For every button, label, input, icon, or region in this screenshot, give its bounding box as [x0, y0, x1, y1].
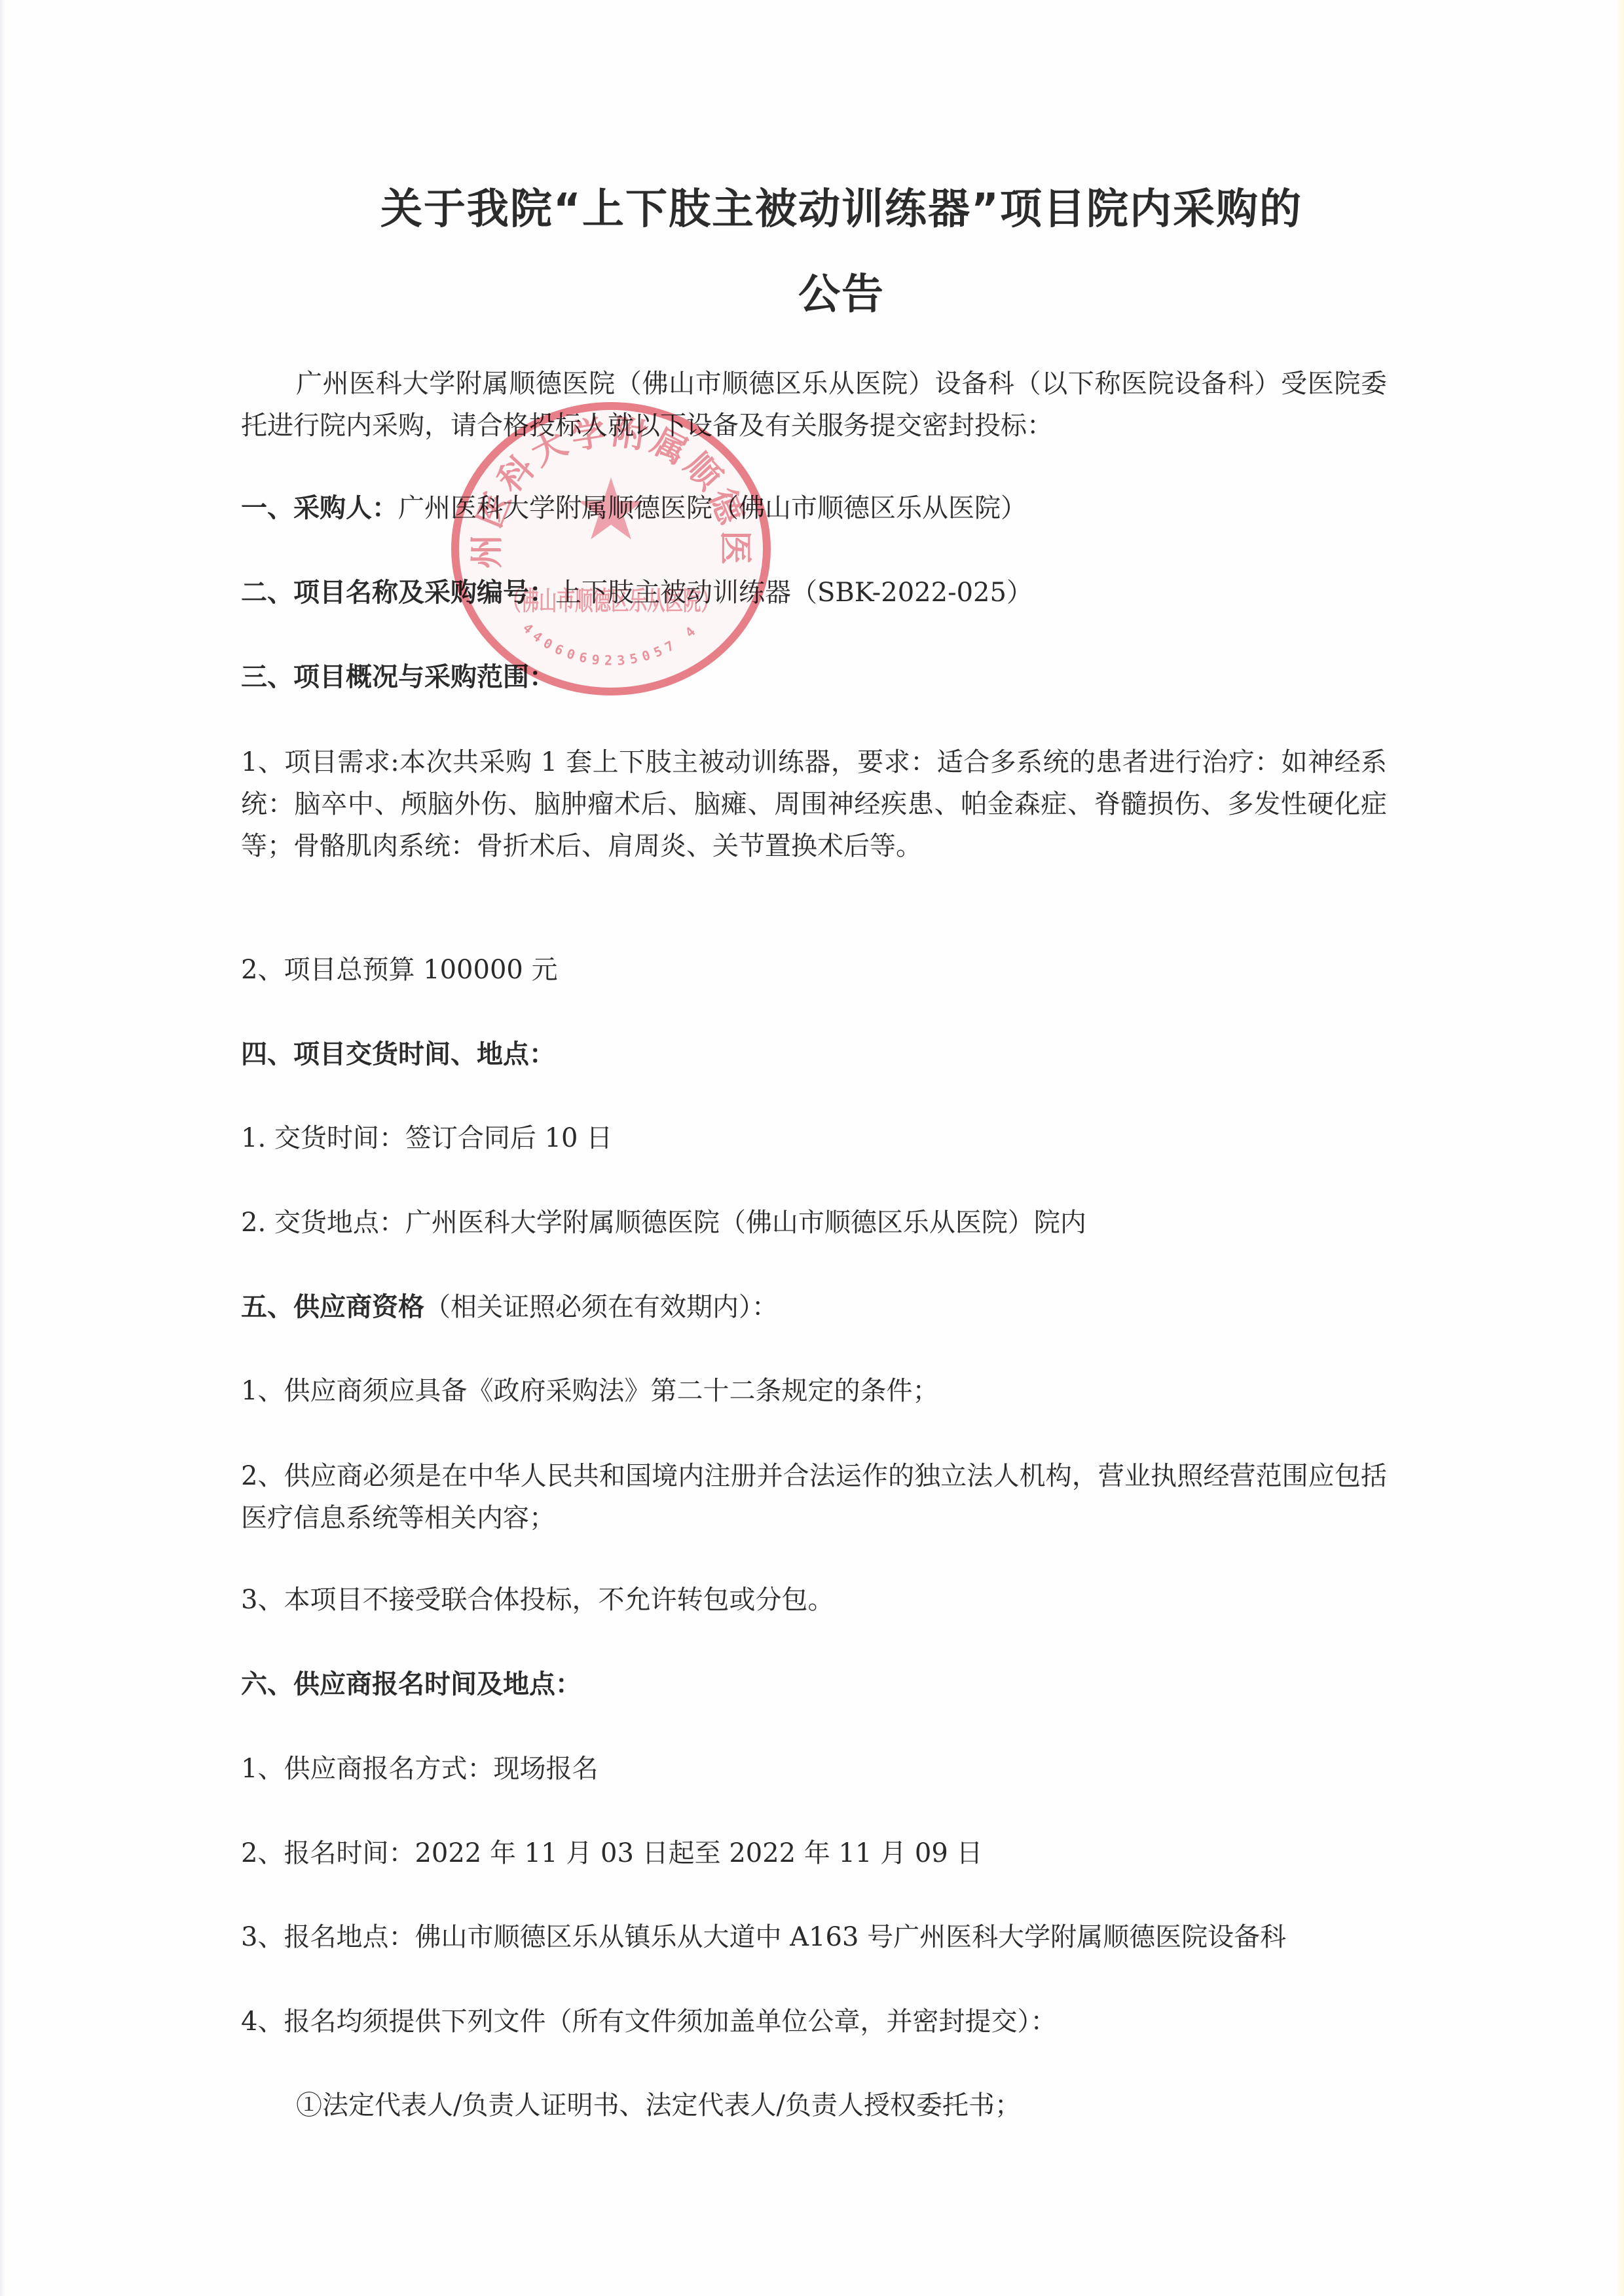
- registration-item: 4、报名均须提供下列文件（所有文件须加盖单位公章，并密封提交）：: [241, 2006, 1056, 2037]
- scan-edge-left: [0, 0, 5, 2296]
- section-heading: 一、采购人：: [241, 493, 398, 523]
- qualification-item: 2、供应商必须是在中华人民共和国境内注册并合法运作的独立法人机构，营业执照经营范…: [241, 1455, 1387, 1539]
- section-project-name: 二、项目名称及采购编号：上下肢主被动训练器（SBK-2022-025）: [241, 577, 1033, 608]
- registration-item: 1、供应商报名方式：现场报名: [241, 1753, 598, 1785]
- section-heading: 三、项目概况与采购范围：: [241, 661, 555, 693]
- project-name-and-code: 上下肢主被动训练器（SBK-2022-025）: [555, 578, 1033, 608]
- section-heading: 四、项目交货时间、地点：: [241, 1039, 555, 1070]
- document-title-line2: 公告: [288, 261, 1395, 321]
- qualification-item: 3、本项目不接受联合体投标，不允许转包或分包。: [241, 1584, 834, 1616]
- section-supplier-qualification: 五、供应商资格（相关证照必须在有效期内）：: [241, 1291, 778, 1323]
- section-heading: 二、项目名称及采购编号：: [241, 578, 555, 608]
- section-heading: 五、供应商资格: [241, 1292, 424, 1322]
- project-budget: 2、项目总预算 100000 元: [241, 954, 558, 986]
- section-purchaser: 一、采购人：广州医科大学附属顺德医院（佛山市顺德区乐从医院）: [241, 492, 1027, 524]
- scan-edge-right: [1615, 0, 1624, 2296]
- seal-ring: [455, 406, 767, 692]
- registration-item: 3、报名地点：佛山市顺德区乐从镇乐从大道中 A163 号广州医科大学附属顺德医院…: [241, 1921, 1286, 1953]
- section-heading-note: （相关证照必须在有效期内）：: [424, 1292, 778, 1322]
- registration-sub-item: ①法定代表人/负责人证明书、法定代表人/负责人授权委托书；: [296, 2090, 1021, 2121]
- purchaser-name: 广州医科大学附属顺德医院（佛山市顺德区乐从医院）: [398, 493, 1027, 523]
- intro-paragraph: 广州医科大学附属顺德医院（佛山市顺德区乐从医院）设备科（以下称医院设备科）受医院…: [241, 363, 1387, 447]
- project-requirement: 1、项目需求:本次共采购 1 套上下肢主被动训练器，要求：适合多系统的患者进行治…: [241, 741, 1387, 867]
- qualification-item: 1、供应商须应具备《政府采购法》第二十二条规定的条件；: [241, 1375, 938, 1407]
- document-title-line1: 关于我院“上下肢主被动训练器”项目院内采购的: [288, 176, 1395, 236]
- section-heading: 六、供应商报名时间及地点：: [241, 1669, 581, 1700]
- registration-item: 2、报名时间：2022 年 11 月 03 日起至 2022 年 11 月 09…: [241, 1838, 983, 1869]
- delivery-time: 1. 交货时间：签订合同后 10 日: [241, 1122, 612, 1154]
- delivery-location: 2. 交货地点：广州医科大学附属顺德医院（佛山市顺德区乐从医院）院内: [241, 1207, 1086, 1238]
- scanned-page: 关于我院“上下肢主被动训练器”项目院内采购的 公告 广州医科大学附属顺德医院（佛…: [0, 0, 1624, 2296]
